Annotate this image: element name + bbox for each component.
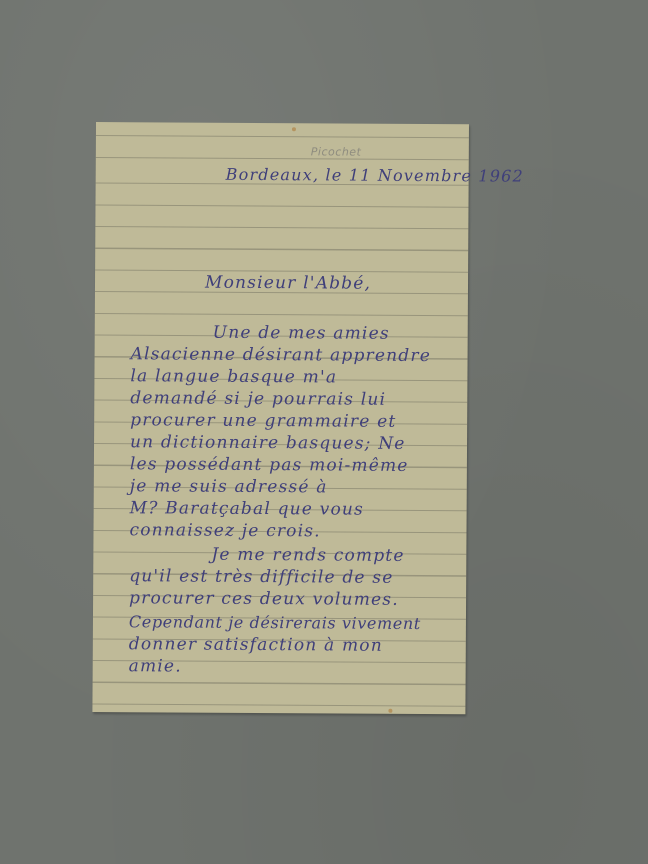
body-line: Je me rends compte bbox=[211, 545, 404, 566]
paper-stain bbox=[388, 709, 392, 713]
paper-stain bbox=[292, 127, 296, 131]
dateline: Bordeaux, le 11 Novembre 1962 bbox=[226, 165, 524, 186]
body-line: amie. bbox=[129, 656, 182, 676]
body-line: qu'il est très difficile de se bbox=[129, 566, 393, 588]
body-line: procurer une grammaire et bbox=[130, 410, 396, 432]
body-line: procurer ces deux volumes. bbox=[129, 588, 399, 610]
body-line: Une de mes amies bbox=[213, 323, 390, 344]
body-line: donner satisfaction à mon bbox=[129, 634, 383, 656]
body-line: la langue basque m'a bbox=[130, 366, 337, 387]
salutation: Monsieur l'Abbé, bbox=[205, 273, 371, 294]
body-line: Alsacienne désirant apprendre bbox=[131, 344, 432, 366]
body-line: les possédant pas moi-même bbox=[130, 454, 409, 476]
body-line: je me suis adressé à bbox=[130, 476, 328, 497]
body-line: demandé si je pourrais lui bbox=[130, 388, 386, 410]
body-line: un dictionnaire basques; Ne bbox=[130, 432, 406, 454]
body-line: M? Baratçabal que vous bbox=[130, 498, 364, 519]
archive-pencil-annotation: Picochet bbox=[311, 145, 362, 158]
body-line: connaissez je crois. bbox=[129, 520, 320, 541]
body-line: Cependant je désirerais vivement bbox=[129, 612, 421, 633]
letter-sheet: Picochet Bordeaux, le 11 Novembre 1962 M… bbox=[92, 122, 469, 714]
